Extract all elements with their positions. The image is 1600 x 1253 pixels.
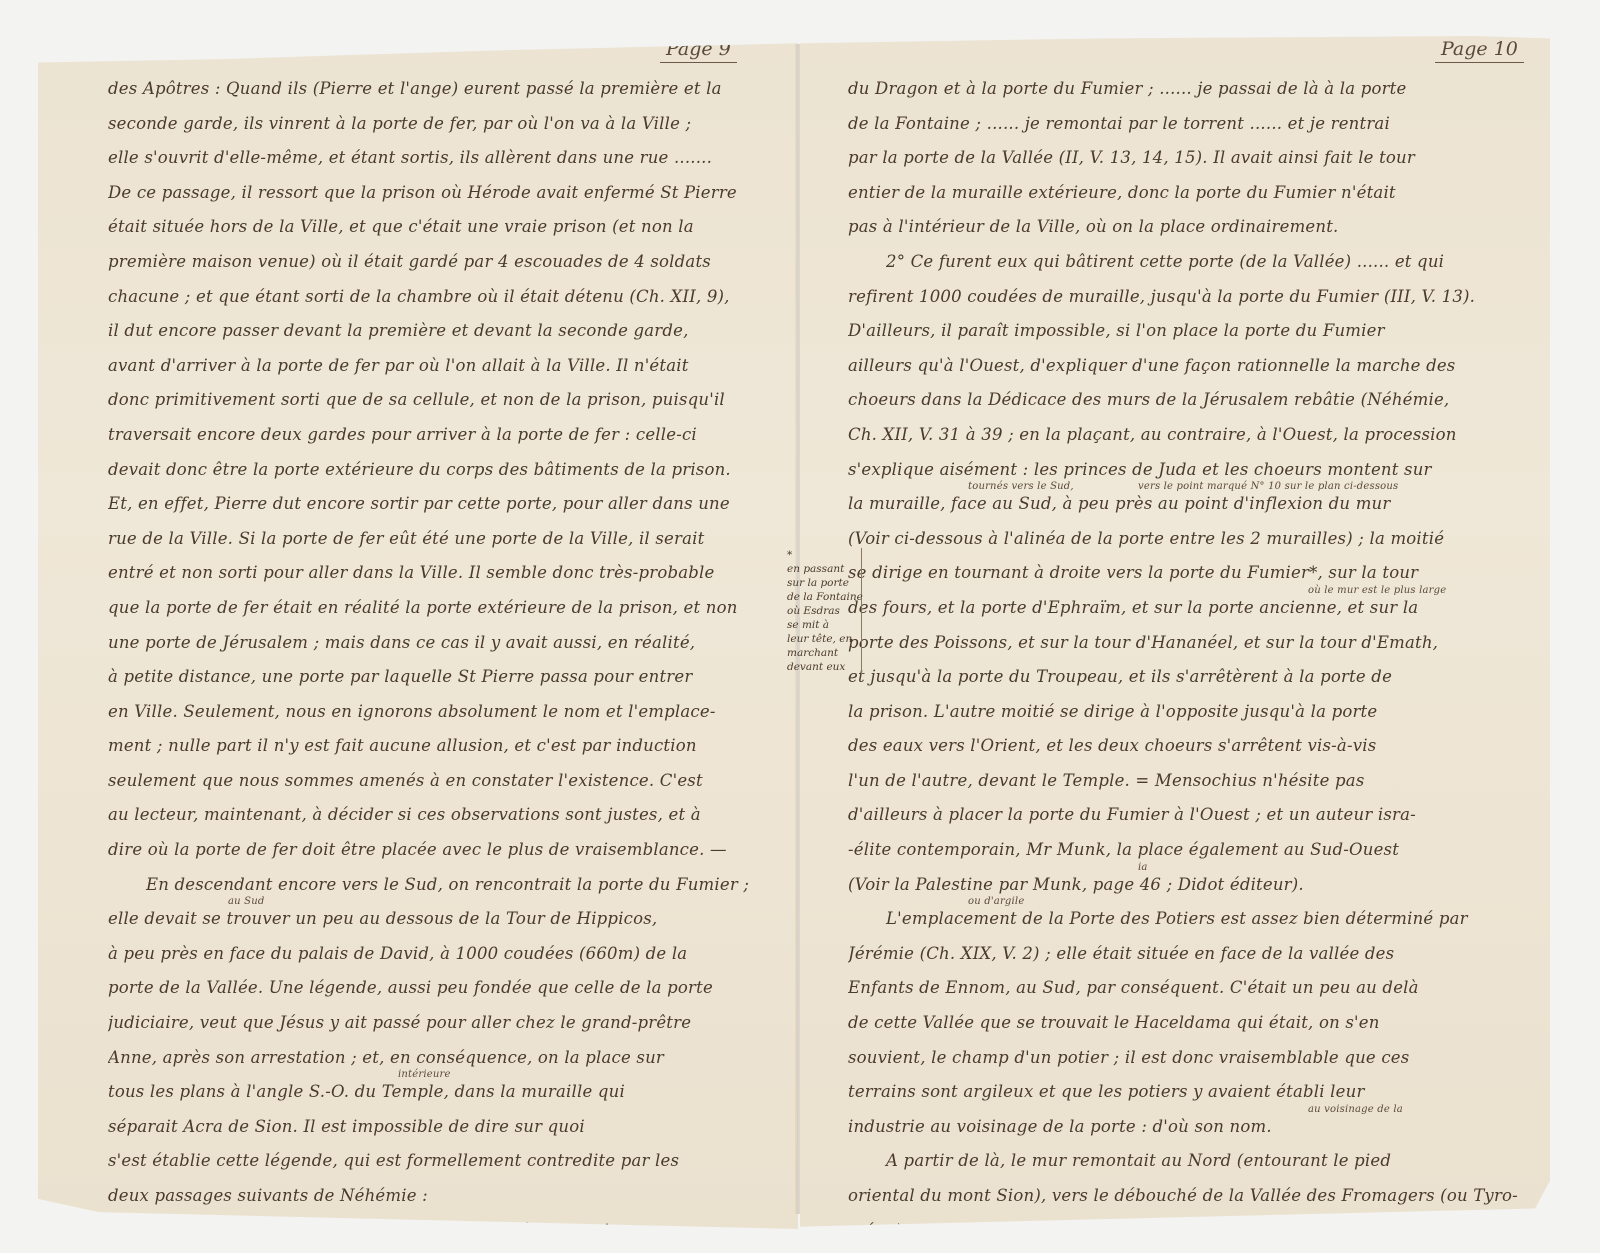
interlinear-note: tournés vers le Sud, bbox=[968, 481, 1074, 492]
manuscript-line: des eaux vers l'Orient, et les deux choe… bbox=[848, 729, 1538, 764]
manuscript-line: chacune ; et que étant sorti de la chamb… bbox=[108, 280, 788, 315]
manuscript-line: 1° Je sortis par la porte de la Vallée, … bbox=[108, 1214, 788, 1249]
manuscript-line: au lecteur, maintenant, à décider si ces… bbox=[108, 798, 788, 833]
manuscript-line: des Apôtres : Quand ils (Pierre et l'ang… bbox=[108, 72, 788, 107]
manuscript-line: à petite distance, une porte par laquell… bbox=[108, 660, 788, 695]
manuscript-line: du Dragon et à la porte du Fumier ; ....… bbox=[848, 72, 1538, 107]
manuscript-line: (Voir ci-dessous à l'alinéa de la porte … bbox=[848, 522, 1538, 557]
manuscript-line: de cette Vallée que se trouvait le Hacel… bbox=[848, 1006, 1538, 1041]
asterisk-marker: * bbox=[787, 548, 857, 562]
manuscript-line: ailleurs qu'à l'Ouest, d'expliquer d'une… bbox=[848, 349, 1538, 384]
manuscript-line: séparait Acra de Sion. Il est impossible… bbox=[108, 1110, 788, 1145]
manuscript-line: avant d'arriver à la porte de fer par où… bbox=[108, 349, 788, 384]
margin-note-line: se mit à bbox=[787, 618, 857, 632]
manuscript-line: De ce passage, il ressort que la prison … bbox=[108, 176, 788, 211]
manuscript-line: d'ailleurs à placer la porte du Fumier à… bbox=[848, 798, 1538, 833]
manuscript-line: choeurs dans la Dédicace des murs de la … bbox=[848, 383, 1538, 418]
manuscript-line: que la porte de fer était en réalité la … bbox=[108, 591, 788, 626]
interlinear-note: où le mur est le plus large bbox=[1308, 585, 1446, 596]
manuscript-line: elle s'ouvrit d'elle-même, et étant sort… bbox=[108, 141, 788, 176]
right-page-text: du Dragon et à la porte du Fumier ; ....… bbox=[848, 72, 1538, 1248]
interlinear-note: vers le point marqué N° 10 sur le plan c… bbox=[1138, 481, 1398, 492]
left-page: Page 9 des Apôtres : Quand ils (Pierre e… bbox=[38, 24, 798, 1229]
manuscript-line: terrains sont argileux et que les potier… bbox=[848, 1075, 1538, 1110]
margin-note-line: de la Fontaine bbox=[787, 590, 857, 604]
manuscript-line: entré et non sorti pour aller dans la Vi… bbox=[108, 556, 788, 591]
left-page-number: Page 9 bbox=[660, 38, 737, 63]
margin-note-line: sur la porte bbox=[787, 576, 857, 590]
manuscript-line: elle devait se trouver un peu au dessous… bbox=[108, 902, 788, 937]
manuscript-line: par la porte de la Vallée (II, V. 13, 14… bbox=[848, 141, 1538, 176]
manuscript-line: En descendant encore vers le Sud, on ren… bbox=[108, 868, 788, 903]
manuscript-line: à peu près en face du palais de David, à… bbox=[108, 937, 788, 972]
manuscript-line: -péon) bbox=[848, 1214, 1538, 1249]
manuscript-line: l'un de l'autre, devant le Temple. = Men… bbox=[848, 764, 1538, 799]
margin-note-line: leur tête, en bbox=[787, 632, 857, 646]
manuscript-line: première maison venue) où il était gardé… bbox=[108, 245, 788, 280]
manuscript-line: -élite contemporain, Mr Munk, la place é… bbox=[848, 833, 1538, 868]
manuscript-line: porte de la Vallée. Une légende, aussi p… bbox=[108, 971, 788, 1006]
manuscript-line: en Ville. Seulement, nous en ignorons ab… bbox=[108, 695, 788, 730]
manuscript-line: A partir de là, le mur remontait au Nord… bbox=[848, 1144, 1538, 1179]
manuscript-line: seulement que nous sommes amenés à en co… bbox=[108, 764, 788, 799]
manuscript-line: industrie au voisinage de la porte : d'o… bbox=[848, 1110, 1538, 1145]
interlinear-note: intérieure bbox=[398, 1069, 451, 1080]
interlinear-note: ia bbox=[1138, 862, 1148, 873]
manuscript-line: tous les plans à l'angle S.-O. du Temple… bbox=[108, 1075, 788, 1110]
right-page: Page 10 du Dragon et à la porte du Fumie… bbox=[800, 24, 1550, 1229]
manuscript-line: rue de la Ville. Si la porte de fer eût … bbox=[108, 522, 788, 557]
margin-note-line: devant eux bbox=[787, 660, 857, 674]
manuscript-line: oriental du mont Sion), vers le débouché… bbox=[848, 1179, 1538, 1214]
right-page-number: Page 10 bbox=[1435, 38, 1524, 63]
margin-note-line: en passant bbox=[787, 562, 857, 576]
manuscript-line: judiciaire, veut que Jésus y ait passé p… bbox=[108, 1006, 788, 1041]
manuscript-line: refirent 1000 coudées de muraille, jusqu… bbox=[848, 280, 1538, 315]
manuscript-line: (Voir la Palestine par Munk, page 46 ; D… bbox=[848, 868, 1538, 903]
manuscript-line: de la Fontaine ; ...... je remontai par … bbox=[848, 107, 1538, 142]
manuscript-line: la muraille, face au Sud, à peu près au … bbox=[848, 487, 1538, 522]
margin-note-line: marchant bbox=[787, 646, 857, 660]
left-page-text: des Apôtres : Quand ils (Pierre et l'ang… bbox=[108, 72, 788, 1248]
manuscript-line: L'emplacement de la Porte des Potiers es… bbox=[848, 902, 1538, 937]
manuscript-line: porte des Poissons, et sur la tour d'Han… bbox=[848, 626, 1538, 661]
manuscript-line: 2° Ce furent eux qui bâtirent cette port… bbox=[848, 245, 1538, 280]
interlinear-note: au Sud bbox=[228, 896, 264, 907]
interlinear-note: au voisinage de la bbox=[1308, 1104, 1403, 1115]
manuscript-line: dire où la porte de fer doit être placée… bbox=[108, 833, 788, 868]
manuscript-line: Enfants de Ennom, au Sud, par conséquent… bbox=[848, 971, 1538, 1006]
manuscript-line: devait donc être la porte extérieure du … bbox=[108, 453, 788, 488]
manuscript-line: s'est établie cette légende, qui est for… bbox=[108, 1144, 788, 1179]
manuscript-line: Et, en effet, Pierre dut encore sortir p… bbox=[108, 487, 788, 522]
manuscript-line: donc primitivement sorti que de sa cellu… bbox=[108, 383, 788, 418]
manuscript-line: Jérémie (Ch. XIX, V. 2) ; elle était sit… bbox=[848, 937, 1538, 972]
margin-note-line: où Esdras bbox=[787, 604, 857, 618]
manuscript-line: ment ; nulle part il n'y est fait aucune… bbox=[108, 729, 788, 764]
manuscript-line: entier de la muraille extérieure, donc l… bbox=[848, 176, 1538, 211]
manuscript-line: et jusqu'à la porte du Troupeau, et ils … bbox=[848, 660, 1538, 695]
manuscript-line: traversait encore deux gardes pour arriv… bbox=[108, 418, 788, 453]
manuscript-line: une porte de Jérusalem ; mais dans ce ca… bbox=[108, 626, 788, 661]
manuscript-line: D'ailleurs, il paraît impossible, si l'o… bbox=[848, 314, 1538, 349]
manuscript-line: seconde garde, ils vinrent à la porte de… bbox=[108, 107, 788, 142]
manuscript-line: pas à l'intérieur de la Ville, où on la … bbox=[848, 210, 1538, 245]
manuscript-line: des fours, et la porte d'Ephraïm, et sur… bbox=[848, 591, 1538, 626]
manuscript-line: souvient, le champ d'un potier ; il est … bbox=[848, 1041, 1538, 1076]
interlinear-note: ou d'argile bbox=[968, 896, 1024, 907]
manuscript-line: deux passages suivants de Néhémie : bbox=[108, 1179, 788, 1214]
manuscript-line: Ch. XII, V. 31 à 39 ; en la plaçant, au … bbox=[848, 418, 1538, 453]
manuscript-line: la prison. L'autre moitié se dirige à l'… bbox=[848, 695, 1538, 730]
margin-annotation: *en passantsur la portede la Fontaineoù … bbox=[787, 548, 862, 674]
manuscript-line: il dut encore passer devant la première … bbox=[108, 314, 788, 349]
manuscript-line: était située hors de la Ville, et que c'… bbox=[108, 210, 788, 245]
